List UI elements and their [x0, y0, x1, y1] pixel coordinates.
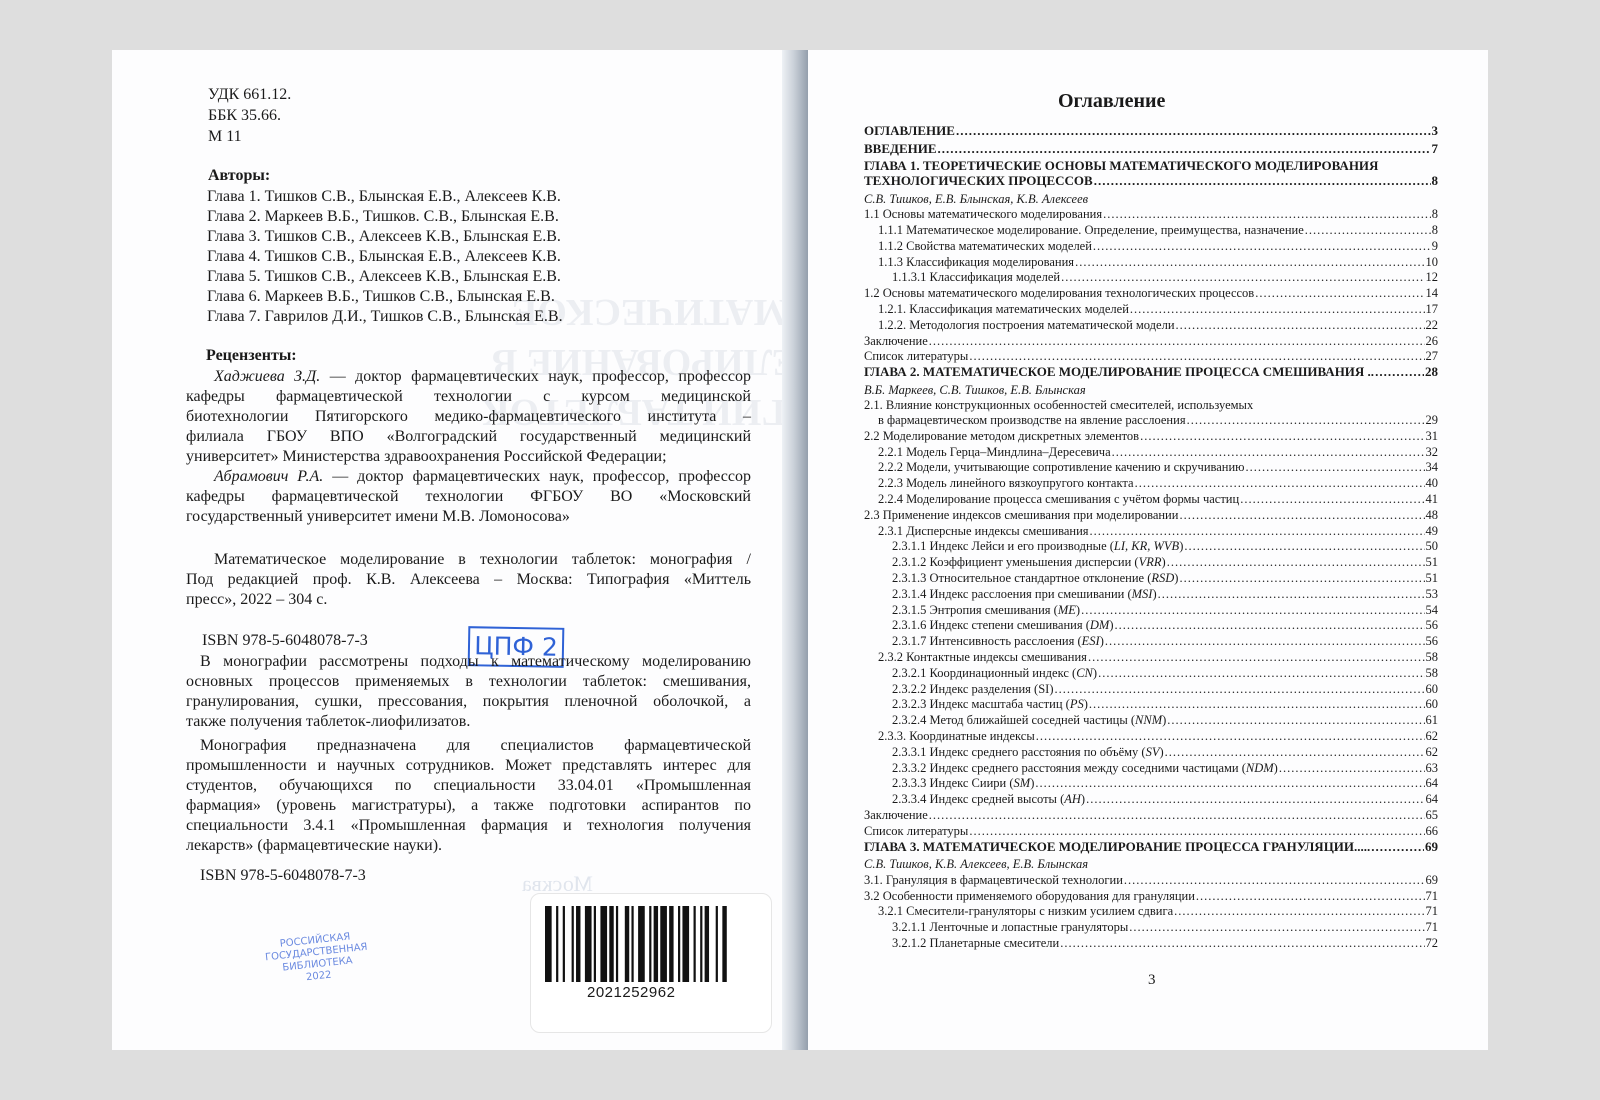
- toc-leader-dots: [1075, 254, 1424, 270]
- toc-leader-dots: [1086, 791, 1424, 807]
- toc-entry[interactable]: 2.3.2.1 Координационный индекс (CN)58: [892, 665, 1438, 681]
- toc-entry-title: в фармацевтическом производстве на явлен…: [878, 412, 1186, 428]
- toc-entry-title: 2.3.1.5 Энтропия смешивания (ME): [892, 602, 1080, 618]
- toc-entry[interactable]: 2.2.3 Модель линейного вязкоупругого кон…: [878, 475, 1438, 491]
- toc-page-number: 22: [1426, 317, 1439, 333]
- toc-title: Оглавление: [1058, 90, 1165, 113]
- toc-leader-dots: [929, 807, 1425, 823]
- author-line: Глава 4. Тишков С.В., Блынская Е.В., Але…: [207, 247, 563, 267]
- toc-entry-title: 2.3.3. Координатные индексы: [878, 728, 1035, 744]
- barcode-label: 2021252962: [530, 893, 772, 1033]
- toc-page-number: 10: [1426, 254, 1439, 270]
- toc-page-number: 40: [1426, 475, 1439, 491]
- toc-entry-title: 2.3.2.2 Индекс разделения (SI): [892, 681, 1053, 697]
- toc-leader-dots: [1093, 238, 1431, 254]
- toc-entry-title: Заключение: [864, 807, 928, 823]
- toc-leader-dots: [1054, 681, 1424, 697]
- toc-leader-dots: [1184, 538, 1424, 554]
- toc-entry[interactable]: Список литературы27: [864, 348, 1438, 364]
- toc-entry-title: 1.1.3.1 Классификация моделей: [892, 269, 1060, 285]
- toc-leader-dots: [1129, 919, 1424, 935]
- toc-entry[interactable]: 3.1. Грануляция в фармацевтической техно…: [864, 872, 1438, 888]
- toc-page-number: 62: [1426, 728, 1439, 744]
- toc-chapter-entry[interactable]: ГЛАВА 2. МАТЕМАТИЧЕСКОЕ МОДЕЛИРОВАНИЕ ПР…: [864, 364, 1438, 380]
- toc-entry-title: 2.2.4 Моделирование процесса смешивания …: [878, 491, 1239, 507]
- toc-entry-title: 2.3.1.1 Индекс Лейси и его производные (…: [892, 538, 1183, 554]
- author-line: Глава 1. Тишков С.В., Блынская Е.В., Але…: [207, 187, 563, 207]
- toc-chapter-entry[interactable]: ОГЛАВЛЕНИЕ3: [864, 123, 1438, 139]
- toc-entry[interactable]: 2.3.1.4 Индекс расслоения при смешивании…: [892, 586, 1438, 602]
- toc-page-number: 8: [1432, 206, 1438, 222]
- toc-leader-dots: [1060, 935, 1424, 951]
- toc-leader-dots: [1196, 888, 1425, 904]
- toc-entry-title: 2.3.3.3 Индекс Сиири (SM): [892, 775, 1034, 791]
- toc-leader-dots: [1098, 665, 1424, 681]
- toc-entry-title: 2.3.1.3 Относительное стандартное отклон…: [892, 570, 1178, 586]
- toc-leader-dots: [929, 333, 1425, 349]
- toc-page-number: 26: [1426, 333, 1439, 349]
- right-page: Оглавление ОГЛАВЛЕНИЕ3ВВЕДЕНИЕ7ГЛАВА 1. …: [808, 50, 1488, 1050]
- toc-entry[interactable]: 3.2.1 Смесители-грануляторы с низким уси…: [878, 903, 1438, 919]
- toc-page-number: 7: [1432, 141, 1439, 157]
- toc-page-number: 72: [1426, 935, 1439, 951]
- toc-leader-dots: [1090, 523, 1425, 539]
- toc-leader-dots: [969, 348, 1424, 364]
- toc-entry[interactable]: 1.1.1 Математическое моделирование. Опре…: [878, 222, 1438, 238]
- toc-entry-title: 1.1.2 Свойства математических моделей: [878, 238, 1092, 254]
- toc-entry[interactable]: 2.3.1.7 Интенсивность расслоения (ESI)56: [892, 633, 1438, 649]
- toc-entry-title: 2.3.2.1 Координационный индекс (CN): [892, 665, 1097, 681]
- toc-leader-dots: [1179, 570, 1424, 586]
- toc-entry-title: ТЕХНОЛОГИЧЕСКИХ ПРОЦЕССОВ: [864, 173, 1093, 189]
- toc-leader-dots: [1375, 364, 1424, 380]
- toc-leader-dots: [1135, 475, 1425, 491]
- toc-leader-dots: [1174, 903, 1424, 919]
- toc-leader-dots: [1081, 602, 1424, 618]
- toc-leader-dots: [1279, 760, 1425, 776]
- toc-page-number: 51: [1426, 554, 1439, 570]
- toc-entry-title: 2.3.2.4 Метод ближайшей соседней частицы…: [892, 712, 1166, 728]
- toc-entry-title: 3.2 Особенности применяемого оборудовани…: [864, 888, 1195, 904]
- toc-entry[interactable]: 2.3.2.2 Индекс разделения (SI)60: [892, 681, 1438, 697]
- authors-heading: Авторы:: [208, 166, 270, 186]
- toc-page-number: 62: [1426, 744, 1439, 760]
- toc-page-number: 8: [1432, 173, 1439, 189]
- toc-entry-title: 3.2.1 Смесители-грануляторы с низким уси…: [878, 903, 1173, 919]
- toc-page-number: 28: [1425, 364, 1438, 380]
- toc-leader-dots: [1035, 775, 1424, 791]
- toc-chapter-entry[interactable]: ВВЕДЕНИЕ7: [864, 141, 1438, 157]
- toc-page-number: 17: [1426, 301, 1439, 317]
- left-page: МАТЕМАТИЧЕСКОЕ МОДЕЛИРОВАНИЕ В ТЕХНОЛОГИ…: [112, 50, 812, 1050]
- toc-page-number: 64: [1426, 775, 1439, 791]
- authors-list: Глава 1. Тишков С.В., Блынская Е.В., Але…: [207, 187, 563, 327]
- toc-entry-title: Список литературы: [864, 348, 968, 364]
- toc-entry-title: 2.3.3.1 Индекс среднего расстояния по об…: [892, 744, 1164, 760]
- toc-page-number: 27: [1426, 348, 1439, 364]
- toc-leader-dots: [938, 141, 1431, 157]
- toc-page-number: 71: [1426, 919, 1439, 935]
- toc-page-number: 61: [1426, 712, 1439, 728]
- toc-entry[interactable]: 2.3.3.3 Индекс Сиири (SM)64: [892, 775, 1438, 791]
- toc-entry-title: 1.1.3 Классификация моделирования: [878, 254, 1074, 270]
- toc-entry[interactable]: 2.2 Моделирование методом дискретных эле…: [864, 428, 1438, 444]
- udc-code: УДК 661.12.: [208, 85, 291, 105]
- toc-entry[interactable]: 2.3.2.4 Метод ближайшей соседней частицы…: [892, 712, 1438, 728]
- toc-entry-title: 2.2.3 Модель линейного вязкоупругого кон…: [878, 475, 1134, 491]
- toc-page-number: 12: [1426, 269, 1439, 285]
- toc-entry[interactable]: 2.3 Применение индексов смешивания при м…: [864, 507, 1438, 523]
- toc-page-number: 41: [1426, 491, 1439, 507]
- toc-entry[interactable]: 1.2.2. Методология построения математиче…: [878, 317, 1438, 333]
- toc-entry-title: 2.2.2 Модели, учитывающие сопротивление …: [878, 459, 1245, 475]
- toc-entry-line: ГЛАВА 1. ТЕОРЕТИЧЕСКИЕ ОСНОВЫ МАТЕМАТИЧЕ…: [864, 158, 1378, 174]
- toc-page-number: 8: [1432, 222, 1438, 238]
- toc-entry-title: 1.1.1 Математическое моделирование. Опре…: [878, 222, 1304, 238]
- toc-entry[interactable]: 2.3.1.2 Коэффициент уменьшения дисперсии…: [892, 554, 1438, 570]
- toc-page-number: 71: [1426, 903, 1439, 919]
- toc-entry-title: 3.1. Грануляция в фармацевтической техно…: [864, 872, 1123, 888]
- toc-page-number: 49: [1426, 523, 1439, 539]
- toc-entry[interactable]: 1.1.3.1 Классификация моделей12: [892, 269, 1438, 285]
- toc-leader-dots: [1103, 206, 1431, 222]
- author-mark: М 11: [208, 127, 242, 147]
- toc-page-number: 71: [1426, 888, 1439, 904]
- toc-leader-dots: [1165, 744, 1425, 760]
- toc-chapter-entry[interactable]: ТЕХНОЛОГИЧЕСКИХ ПРОЦЕССОВ8: [864, 173, 1438, 189]
- toc-entry-title: ОГЛАВЛЕНИЕ: [864, 123, 955, 139]
- reviewer-1: Хаджиева З.Д. — доктор фармацевтических …: [186, 367, 751, 387]
- author-line: Глава 2. Маркеев В.Б., Тишков. С.В., Блы…: [207, 207, 563, 227]
- toc-page-number: 54: [1426, 602, 1439, 618]
- toc-entry-title: ГЛАВА 3. МАТЕМАТИЧЕСКОЕ МОДЕЛИРОВАНИЕ ПР…: [864, 839, 1370, 855]
- toc-entry-title: 3.2.1.1 Ленточные и лопастные гранулятор…: [892, 919, 1128, 935]
- toc-entry[interactable]: 2.2.4 Моделирование процесса смешивания …: [878, 491, 1438, 507]
- toc-entry[interactable]: Заключение65: [864, 807, 1438, 823]
- audience: Монография предназначена для специалисто…: [186, 736, 751, 856]
- toc-entry[interactable]: 2.3.1.1 Индекс Лейси и его производные (…: [892, 538, 1438, 554]
- reviewers-heading: Рецензенты:: [206, 346, 297, 366]
- toc-leader-dots: [1255, 285, 1424, 301]
- toc-entry-title: 2.3.1.2 Коэффициент уменьшения дисперсии…: [892, 554, 1166, 570]
- toc-page-number: 69: [1426, 872, 1439, 888]
- toc-page-number: 34: [1426, 459, 1439, 475]
- toc-page-number: 48: [1426, 507, 1439, 523]
- toc-page-number: 50: [1426, 538, 1439, 554]
- toc-entry-title: 2.3.2 Контактные индексы смешивания: [878, 649, 1087, 665]
- toc-page-number: 64: [1426, 791, 1439, 807]
- toc-page-number: 56: [1426, 617, 1439, 633]
- toc-entry[interactable]: 2.3.2.3 Индекс масштаба частиц (PS)60: [892, 696, 1438, 712]
- toc-page-number: 51: [1426, 570, 1439, 586]
- toc-entry[interactable]: 1.1.3 Классификация моделирования10: [878, 254, 1438, 270]
- toc-leader-dots: [1094, 173, 1431, 189]
- author-line: Глава 5. Тишков С.В., Алексеев К.В., Блы…: [207, 267, 563, 287]
- toc-entry-title: 2.2.1 Модель Герца–Миндлина–Дересевича: [878, 444, 1111, 460]
- toc-leader-dots: [1036, 728, 1425, 744]
- toc-entry[interactable]: 2.3.1.6 Индекс степени смешивания (DM)56: [892, 617, 1438, 633]
- toc-entry-title: 2.3.3.2 Индекс среднего расстояния между…: [892, 760, 1278, 776]
- toc-entry[interactable]: Заключение26: [864, 333, 1438, 349]
- toc-entry-title: ВВЕДЕНИЕ: [864, 141, 937, 157]
- isbn-bottom: ISBN 978-5-6048078-7-3: [200, 866, 366, 886]
- toc-entry[interactable]: 3.2.1.1 Ленточные и лопастные гранулятор…: [892, 919, 1438, 935]
- toc-authors: С.В. Тишков, К.В. Алексеев, Е.В. Блынска…: [864, 856, 1088, 872]
- abstract: В монографии рассмотрены подходы к матем…: [186, 652, 751, 732]
- toc-entry-title: 2.3.1.4 Индекс расслоения при смешивании…: [892, 586, 1157, 602]
- bbk-code: ББК 35.66.: [208, 106, 281, 126]
- toc-leader-dots: [1158, 586, 1425, 602]
- author-line: Глава 7. Гаврилов Д.И., Тишков С.В., Блы…: [207, 307, 563, 327]
- toc-page-number: 53: [1426, 586, 1439, 602]
- toc-page-number: 29: [1426, 412, 1439, 428]
- toc-leader-dots: [1061, 269, 1424, 285]
- toc-page-number: 63: [1426, 760, 1439, 776]
- toc-page-number: 60: [1426, 696, 1439, 712]
- toc-entry-title: Заключение: [864, 333, 928, 349]
- barcode-icon: [545, 906, 729, 982]
- toc-entry[interactable]: 2.3.1.5 Энтропия смешивания (ME)54: [892, 602, 1438, 618]
- toc-leader-dots: [1088, 649, 1425, 665]
- toc-page-number: 58: [1426, 665, 1439, 681]
- toc-entry[interactable]: 1.2.1. Классификация математических моде…: [878, 301, 1438, 317]
- toc-authors: С.В. Тишков, Е.В. Блынская, К.В. Алексее…: [864, 191, 1088, 207]
- toc-entry[interactable]: 1.1 Основы математического моделирования…: [864, 206, 1438, 222]
- toc-page-number: 14: [1426, 285, 1439, 301]
- toc-leader-dots: [1167, 554, 1425, 570]
- isbn: ISBN 978-5-6048078-7-3: [202, 631, 368, 651]
- toc-page-number: 60: [1426, 681, 1439, 697]
- toc-entry[interactable]: 1.1.2 Свойства математических моделей9: [878, 238, 1438, 254]
- toc-leader-dots: [1240, 491, 1424, 507]
- toc-entry[interactable]: 3.2.1.2 Планетарные смесители72: [892, 935, 1438, 951]
- toc-page-number: 31: [1426, 428, 1439, 444]
- toc-page-number: 3: [1432, 123, 1439, 139]
- toc-entry[interactable]: 2.3.3.2 Индекс среднего расстояния между…: [892, 760, 1438, 776]
- toc-leader-dots: [1246, 459, 1425, 475]
- page-number: 3: [1148, 972, 1156, 989]
- toc-entry[interactable]: 2.3.3.1 Индекс среднего расстояния по об…: [892, 744, 1438, 760]
- toc-page-number: 66: [1426, 823, 1439, 839]
- toc-leader-dots: [1105, 633, 1425, 649]
- toc-entry-title: 1.2.2. Методология построения математиче…: [878, 317, 1175, 333]
- toc-entry-title: 2.3.1 Дисперсные индексы смешивания: [878, 523, 1089, 539]
- toc-entry-title: 1.1 Основы математического моделирования: [864, 206, 1102, 222]
- toc-entry[interactable]: 2.2.1 Модель Герца–Миндлина–Дересевича32: [878, 444, 1438, 460]
- toc-entry[interactable]: 2.3.2 Контактные индексы смешивания58: [878, 649, 1438, 665]
- toc-page-number: 65: [1426, 807, 1439, 823]
- toc-leader-dots: [1112, 444, 1425, 460]
- toc-page-number: 69: [1425, 839, 1438, 855]
- reviewer-2: Абрамович Р.А. — доктор фармацевтических…: [186, 467, 751, 487]
- toc-entry[interactable]: Список литературы66: [864, 823, 1438, 839]
- reviewers-block: Хаджиева З.Д. — доктор фармацевтических …: [186, 367, 751, 527]
- toc-leader-dots: [1179, 507, 1424, 523]
- toc-entry[interactable]: в фармацевтическом производстве на явлен…: [878, 412, 1438, 428]
- toc-entry[interactable]: 2.3.1.3 Относительное стандартное отклон…: [892, 570, 1438, 586]
- toc-leader-dots: [1115, 617, 1425, 633]
- toc-entry-title: 2.3.1.7 Интенсивность расслоения (ESI): [892, 633, 1104, 649]
- toc-leader-dots: [1305, 222, 1431, 238]
- toc-leader-dots: [1176, 317, 1425, 333]
- toc-leader-dots: [1167, 712, 1424, 728]
- author-line: Глава 6. Маркеев В.Б., Тишков С.В., Блын…: [207, 287, 563, 307]
- toc-entry-title: 2.3 Применение индексов смешивания при м…: [864, 507, 1178, 523]
- toc-page-number: 56: [1426, 633, 1439, 649]
- toc-page-number: 32: [1426, 444, 1439, 460]
- toc-leader-dots: [1371, 839, 1424, 855]
- toc-page-number: 58: [1426, 649, 1439, 665]
- toc-leader-dots: [1140, 428, 1424, 444]
- toc-entry[interactable]: 3.2 Особенности применяемого оборудовани…: [864, 888, 1438, 904]
- toc-entry-title: 2.3.2.3 Индекс масштаба частиц (PS): [892, 696, 1088, 712]
- toc-entry-title: Список литературы: [864, 823, 968, 839]
- toc-leader-dots: [969, 823, 1424, 839]
- toc-entry[interactable]: 2.3.3.4 Индекс средней высоты (AH)64: [892, 791, 1438, 807]
- toc-entry[interactable]: 1.2 Основы математического моделирования…: [864, 285, 1438, 301]
- toc-leader-dots: [1089, 696, 1425, 712]
- toc-entry-title: 2.2 Моделирование методом дискретных эле…: [864, 428, 1139, 444]
- toc-page-number: 9: [1432, 238, 1438, 254]
- toc-entry[interactable]: 2.3.1 Дисперсные индексы смешивания49: [878, 523, 1438, 539]
- toc-leader-dots: [1187, 412, 1425, 428]
- toc-leader-dots: [1124, 872, 1425, 888]
- toc-entry[interactable]: 2.2.2 Модели, учитывающие сопротивление …: [878, 459, 1438, 475]
- toc-entry-title: 1.2 Основы математического моделирования…: [864, 285, 1254, 301]
- toc-entry-title: 3.2.1.2 Планетарные смесители: [892, 935, 1059, 951]
- toc-entry[interactable]: 2.3.3. Координатные индексы62: [878, 728, 1438, 744]
- toc-entry-title: ГЛАВА 2. МАТЕМАТИЧЕСКОЕ МОДЕЛИРОВАНИЕ ПР…: [864, 364, 1374, 380]
- library-stamp: РОССИЙСКАЯ ГОСУДАРСТВЕННАЯ БИБЛИОТЕКА 20…: [250, 928, 384, 989]
- toc-leader-dots: [956, 123, 1431, 139]
- barcode-number: 2021252962: [587, 984, 675, 1001]
- toc-leader-dots: [1130, 301, 1425, 317]
- toc-chapter-entry[interactable]: ГЛАВА 3. МАТЕМАТИЧЕСКОЕ МОДЕЛИРОВАНИЕ ПР…: [864, 839, 1438, 855]
- toc-entry-title: 2.3.1.6 Индекс степени смешивания (DM): [892, 617, 1114, 633]
- citation: Математическое моделирование в технологи…: [186, 550, 751, 610]
- toc-entry-title: 1.2.1. Классификация математических моде…: [878, 301, 1129, 317]
- author-line: Глава 3. Тишков С.В., Алексеев К.В., Блы…: [207, 227, 563, 247]
- toc-entry-title: 2.3.3.4 Индекс средней высоты (AH): [892, 791, 1085, 807]
- toc-authors: В.Б. Маркеев, С.В. Тишков, Е.В. Блынская: [864, 382, 1086, 398]
